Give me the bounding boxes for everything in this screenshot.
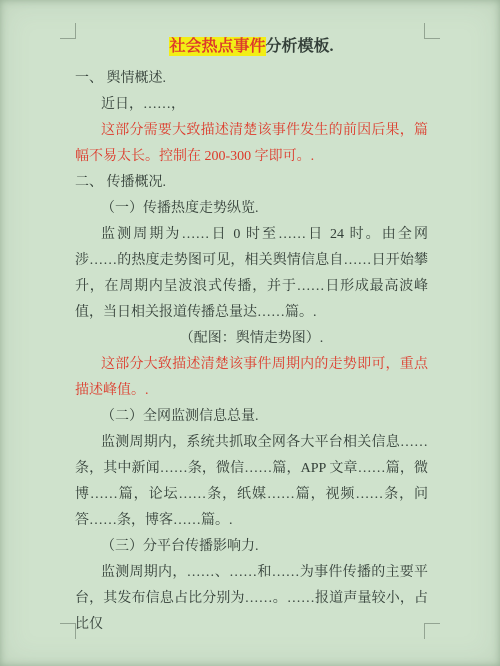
paragraph-recently: 近日，……，: [75, 92, 428, 118]
paragraph-note-cause-effect: 这部分需要大致描述清楚该事件发生的前因后果，篇幅不易太长。控制在 200-300…: [75, 118, 428, 170]
document-page: 社会热点事件分析模板. 一、 舆情概述. 近日，……， 这部分需要大致描述清楚该…: [0, 0, 500, 666]
paragraph-monitoring-period-trend: 监测周期为……日 0 时至……日 24 时。由全网涉……的热度走势图可见，相关舆…: [75, 222, 428, 326]
title-highlighted-text: 社会热点事件: [169, 37, 265, 56]
title-rest-text: 分析模板.: [266, 38, 334, 55]
heading-1-public-opinion-overview: 一、 舆情概述.: [75, 66, 428, 92]
heading-2-spread-overview: 二、 传播概况.: [75, 170, 428, 196]
paragraph-note-describe-peak: 这部分大致描述清楚该事件周期内的走势即可，重点描述峰值。.: [75, 352, 428, 404]
paragraph-platform-counts: 监测周期内，系统共抓取全网各大平台相关信息……条，其中新闻……条，微信……篇，A…: [75, 430, 428, 534]
paragraph-main-platforms: 监测周期内，……、……和……为事件传播的主要平台，其发布信息占比分别为……。………: [75, 560, 428, 638]
document-title: 社会热点事件分析模板.: [75, 34, 428, 60]
text-boundary-mark-top-left: [60, 23, 76, 39]
paragraph-chart-caption: （配图：舆情走势图）.: [75, 326, 428, 352]
text-area: 社会热点事件分析模板. 一、 舆情概述. 近日，……， 这部分需要大致描述清楚该…: [75, 34, 428, 638]
subheading-total-monitored-info: （二）全网监测信息总量.: [75, 404, 428, 430]
subheading-heat-trend: （一）传播热度走势纵览.: [75, 196, 428, 222]
text-boundary-mark-bottom-left: [60, 623, 76, 639]
subheading-platform-influence: （三）分平台传播影响力.: [75, 534, 428, 560]
